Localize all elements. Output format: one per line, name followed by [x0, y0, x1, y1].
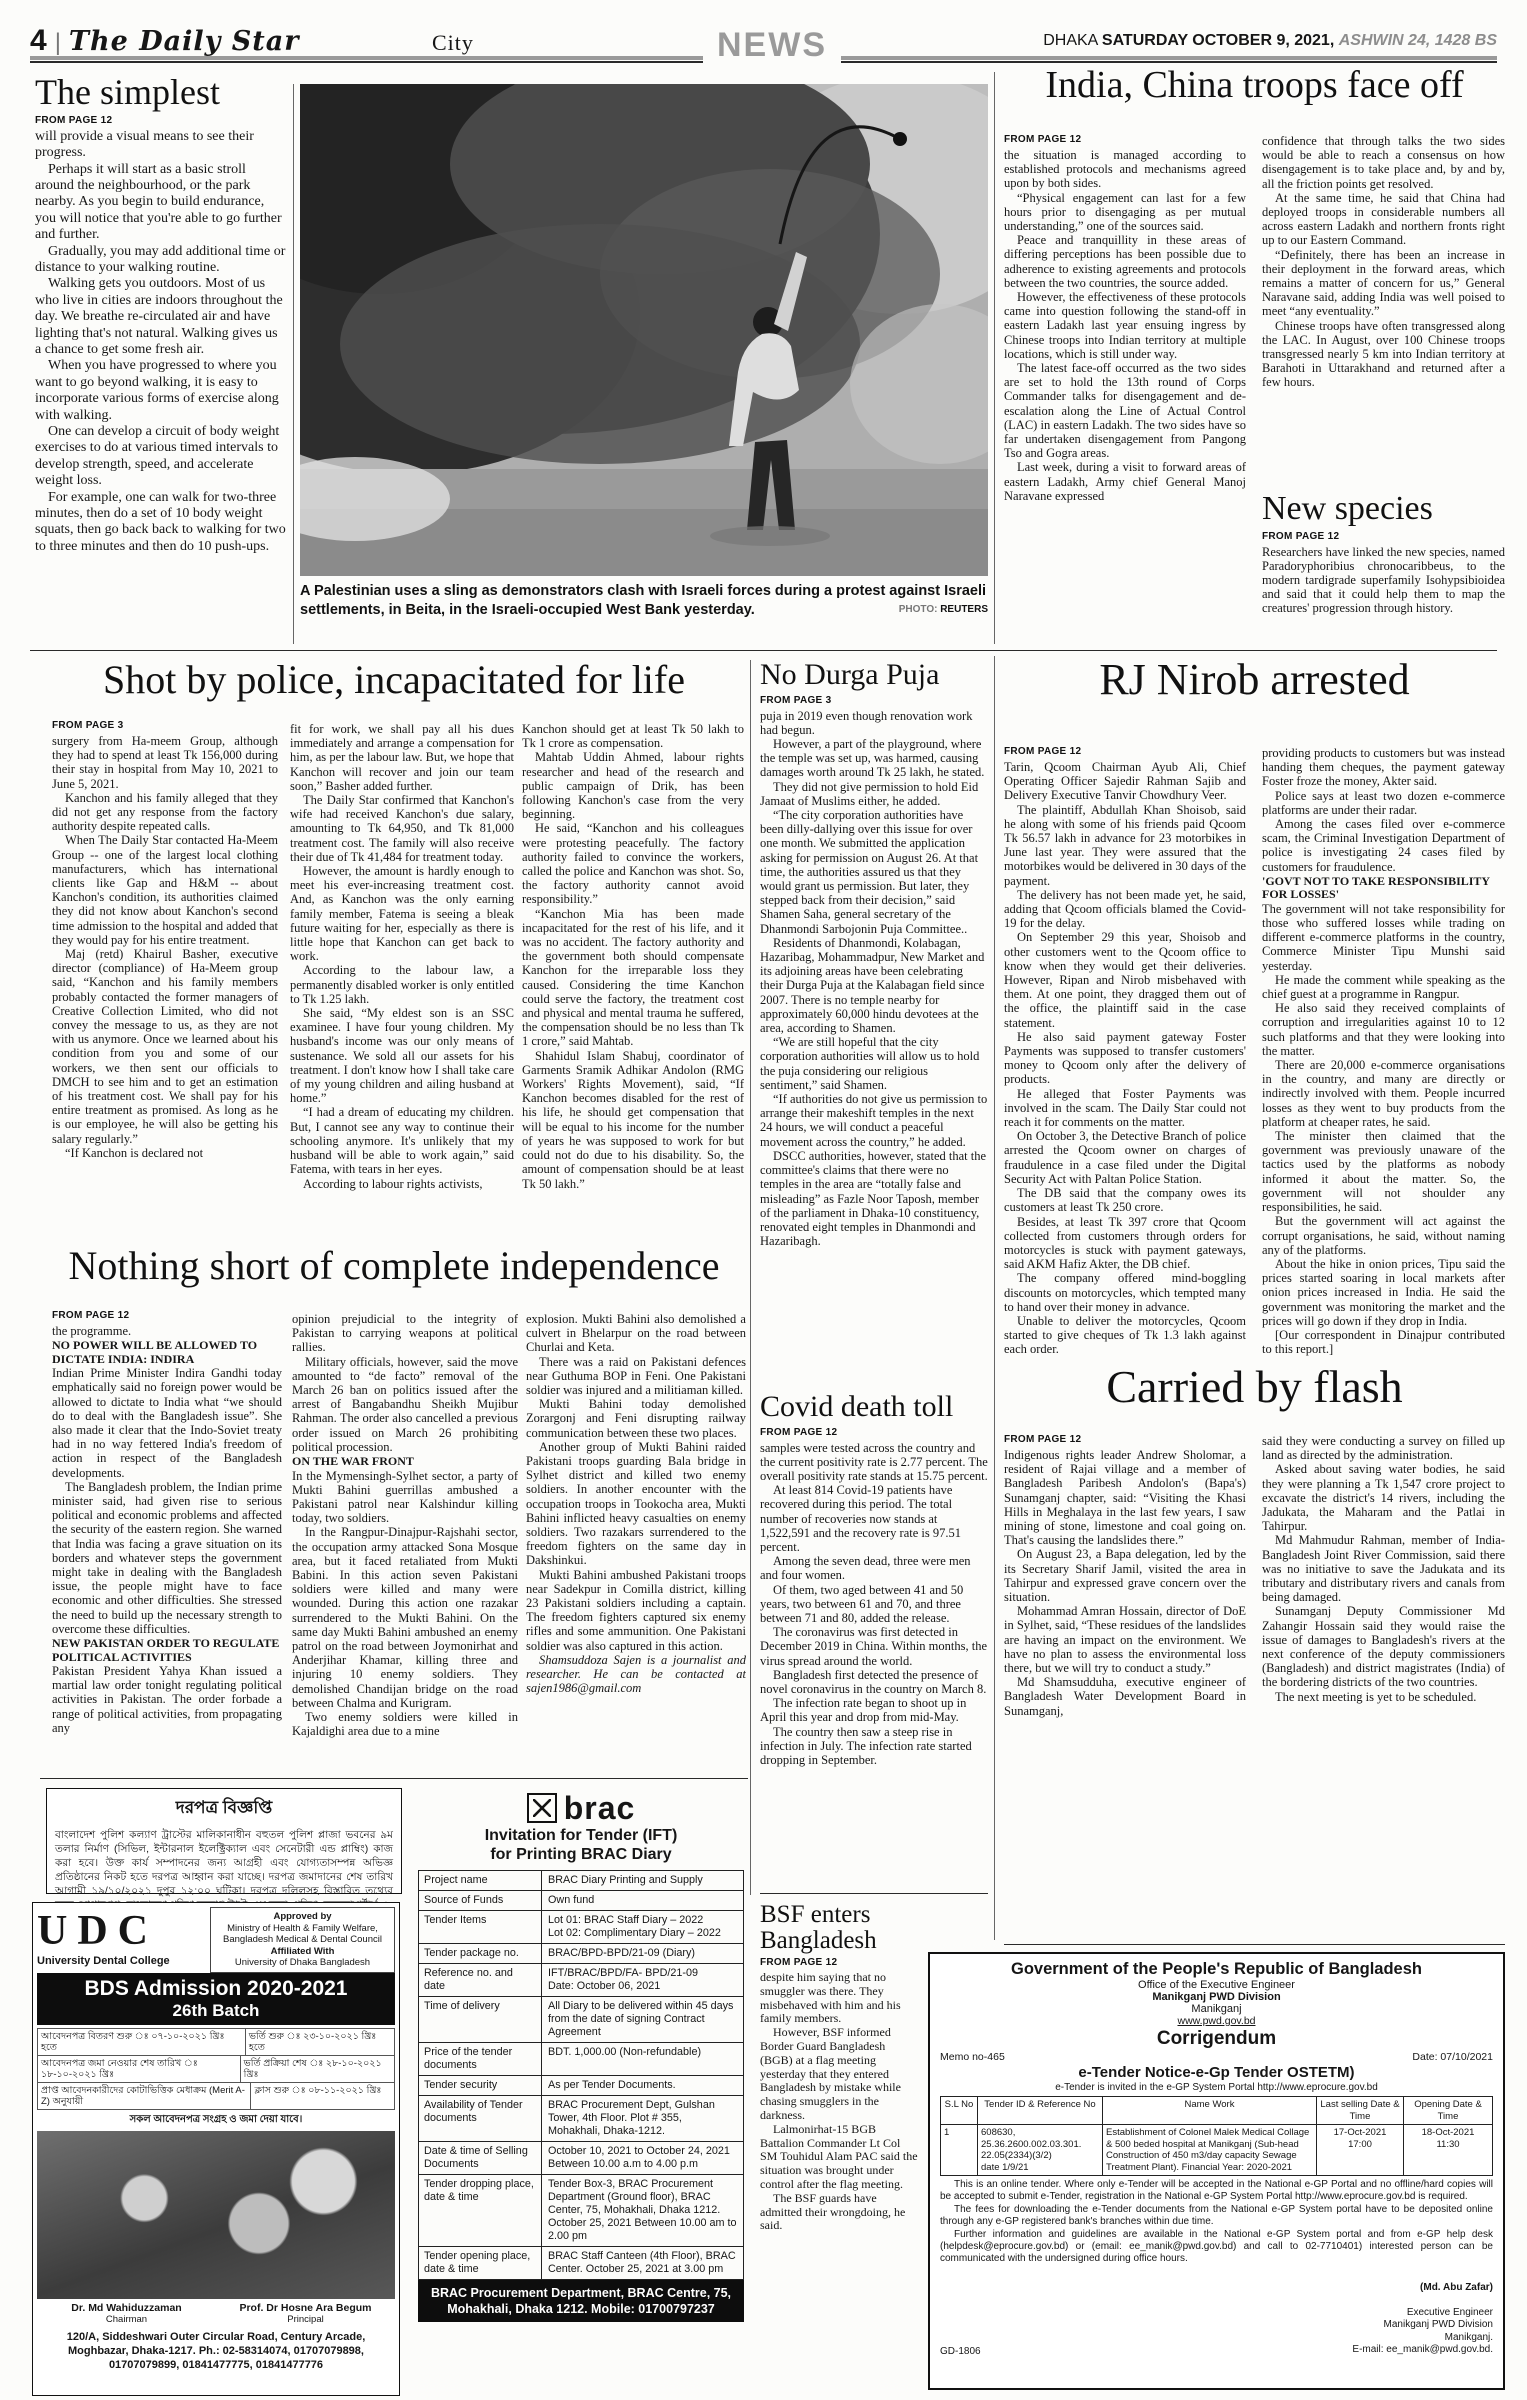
- article-paragraph: In the Mymensingh-Sylhet sector, a party…: [292, 1469, 518, 1526]
- article-body: despite him saying that no smuggler was …: [760, 1971, 918, 2233]
- article-body: surgery from Ha-meem Group, although the…: [52, 734, 278, 1160]
- article-paragraph: On September 29 this year, Shoisob and o…: [1004, 930, 1246, 1029]
- article-paragraph: The company offered mind-boggling discou…: [1004, 1271, 1246, 1314]
- article-independence-col1: FROM PAGE 12 the programme.NO POWER WILL…: [52, 1306, 282, 1768]
- brac-row-label: Tender security: [419, 2076, 542, 2095]
- from-page-tag: FROM PAGE 12: [760, 1957, 918, 1968]
- section-rule: [760, 1893, 988, 1894]
- udc-schedule-row: আবেদনপত্র বিতরণ শুরু ঃ ০৭-১০-২০২১ খ্রিঃ …: [38, 2029, 394, 2056]
- article-rj-nirob-col1: FROM PAGE 12 Tarin, Qcoom Chairman Ayub …: [1004, 742, 1246, 1356]
- article-paragraph: Indigenous rights leader Andrew Sholomar…: [1004, 1448, 1246, 1547]
- news-photo-illustration: [300, 84, 988, 576]
- column-rule: [994, 656, 995, 1940]
- headline-rj-nirob: RJ Nirob arrested: [1004, 658, 1505, 703]
- udc-signatories: Dr. Md Wahiduzzaman Chairman Prof. Dr Ho…: [37, 2299, 395, 2328]
- dateline-bangla-date: ASHWIN 24, 1428 BS: [1339, 32, 1497, 49]
- article-paragraph: Perhaps it will start as a basic stroll …: [35, 162, 287, 244]
- dateline-date: SATURDAY OCTOBER 9, 2021,: [1102, 32, 1339, 49]
- article-body: opinion prejudicial to the integrity of …: [292, 1312, 518, 1738]
- article-paragraph: Kanchon and his family alleged that they…: [52, 791, 278, 834]
- govt-table-header-row: S.L No Tender ID & Reference No Name Wor…: [941, 2097, 1493, 2125]
- article-independence-col3: explosion. Mukti Bahini also demolished …: [526, 1312, 746, 1768]
- udc-schedule-row: আবেদনপত্র জমা নেওয়ার শেষ তারিখ ঃ ১৮-১০-…: [38, 2056, 394, 2083]
- brac-logo-row: brac: [418, 1792, 744, 1824]
- article-paragraph: Indian Prime Minister Indira Gandhi toda…: [52, 1366, 282, 1480]
- brac-table-row: Tender Items Lot 01: BRAC Staff Diary – …: [419, 1911, 743, 1944]
- brac-ift-title: Invitation for Tender (IFT) for Printing…: [418, 1826, 744, 1864]
- from-page-tag: FROM PAGE 12: [52, 1310, 282, 1321]
- govt-td-sl: 1: [941, 2125, 978, 2176]
- article-paragraph: According to labour rights activists,: [290, 1177, 514, 1191]
- udc-principal-title: Principal: [287, 2314, 323, 2325]
- photo-credit-agency: REUTERS: [940, 604, 988, 615]
- brac-title-line2: for Printing BRAC Diary: [490, 1846, 671, 1863]
- article-paragraph: He also said payment gateway Foster Paym…: [1004, 1030, 1246, 1087]
- udc-principal-name: Prof. Dr Hosne Ara Begum: [218, 2302, 393, 2314]
- article-paragraph: The DB said that the company owes its cu…: [1004, 1186, 1246, 1214]
- article-india-china-col2: confidence that through talks the two si…: [1262, 134, 1505, 486]
- article-paragraph: The Bangladesh problem, the Indian prime…: [52, 1480, 282, 1636]
- article-body: providing products to customers but was …: [1262, 746, 1505, 1356]
- article-paragraph: confidence that through talks the two si…: [1262, 134, 1505, 191]
- article-paragraph: Gradually, you may add additional time o…: [35, 244, 287, 277]
- article-paragraph: puja in 2019 even though renovation work…: [760, 709, 988, 737]
- from-page-tag: FROM PAGE 12: [35, 115, 287, 126]
- article-body: samples were tested across the country a…: [760, 1441, 988, 1768]
- brac-footer: BRAC Procurement Department, BRAC Centre…: [418, 2280, 744, 2322]
- article-paragraph: “The city corporation authorities have b…: [760, 808, 988, 936]
- article-paragraph: DSCC authorities, however, stated that t…: [760, 1149, 988, 1248]
- udc-college-name: University Dental College: [37, 1955, 204, 1967]
- govt-td-open: 18-Oct-2021 11:30: [1404, 2125, 1493, 2176]
- article-paragraph: Researchers have linked the new species,…: [1262, 545, 1505, 616]
- govt-td-work: Establishment of Colonel Malek Medical C…: [1103, 2125, 1317, 2176]
- article-paragraph: “If authorities do not give us permissio…: [760, 1092, 988, 1149]
- headline-carried-by-flash: Carried by flash: [1004, 1364, 1505, 1411]
- govt-gd-number: GD-1806: [940, 2346, 981, 2357]
- article-paragraph: In the Rangpur-Dinajpur-Rajshahi sector,…: [292, 1525, 518, 1710]
- article-shot-col1: FROM PAGE 3 surgery from Ha-meem Group, …: [52, 716, 278, 1236]
- article-paragraph: The next meeting is yet to be scheduled.: [1262, 1690, 1505, 1704]
- article-paragraph: But the government will act against the …: [1262, 1214, 1505, 1257]
- dateline-city: DHAKA: [1043, 32, 1102, 49]
- article-paragraph: He also said they received complaints of…: [1262, 1001, 1505, 1058]
- from-page-tag: FROM PAGE 12: [1004, 134, 1246, 145]
- article-flash-col1: FROM PAGE 12 Indigenous rights leader An…: [1004, 1430, 1246, 1936]
- article-paragraph: “Definitely, there has been an increase …: [1262, 248, 1505, 319]
- article-paragraph: According to the labour law, a permanent…: [290, 963, 514, 1006]
- from-page-tag: FROM PAGE 12: [760, 1427, 988, 1438]
- article-paragraph: She said, “My eldest son is an SSC exami…: [290, 1006, 514, 1105]
- article-body: fit for work, we shall pay all his dues …: [290, 722, 514, 1191]
- brac-table-row: Date & time of Selling Documents October…: [419, 2142, 743, 2175]
- govt-website-link: www.pwd.gov.bd: [940, 2015, 1493, 2027]
- article-paragraph: Military officials, however, said the mo…: [292, 1355, 518, 1454]
- article-paragraph: The plaintiff, Abdullah Khan Shoisob, sa…: [1004, 803, 1246, 888]
- brac-row-label: Tender opening place, date & time: [419, 2247, 542, 2279]
- article-no-durga-puja: No Durga Puja FROM PAGE 3 puja in 2019 e…: [760, 660, 988, 1386]
- article-paragraph: Last week, during a visit to forward are…: [1004, 460, 1246, 503]
- govt-header-line4: Manikganj: [940, 2003, 1493, 2015]
- udc-chairman: Dr. Md Wahiduzzaman Chairman: [37, 2299, 216, 2328]
- article-paragraph: About the hike in onion prices, Tipu sai…: [1262, 1257, 1505, 1328]
- dateline: DHAKA SATURDAY OCTOBER 9, 2021, ASHWIN 2…: [1043, 32, 1497, 50]
- article-paragraph: However, the effectiveness of these prot…: [1004, 290, 1246, 361]
- article-paragraph: For example, one can walk for two-three …: [35, 490, 287, 556]
- article-paragraph: providing products to customers but was …: [1262, 746, 1505, 789]
- photo-credit: PHOTO: REUTERS: [899, 604, 988, 615]
- article-paragraph: Another group of Mukti Bahini raided Pak…: [526, 1440, 746, 1568]
- article-body: will provide a visual means to see their…: [35, 129, 287, 556]
- article-body: the programme.NO POWER WILL BE ALLOWED T…: [52, 1324, 282, 1735]
- article-body: confidence that through talks the two si…: [1262, 134, 1505, 390]
- ad-udc-dental-college: UDC University Dental College Approved b…: [32, 1902, 400, 2396]
- article-paragraph: However, a part of the playground, where…: [760, 737, 988, 780]
- from-page-tag: FROM PAGE 12: [1262, 531, 1505, 542]
- article-rj-nirob-col2: providing products to customers but was …: [1262, 746, 1505, 1356]
- article-paragraph: At the same time, he said that China had…: [1262, 191, 1505, 248]
- udc-schedule-right: ভর্তি প্রক্রিয়া শেষ ঃ ২৮-১০-২০২১ খ্রিঃ: [241, 2056, 394, 2082]
- govt-memo-date: Date: 07/10/2021: [1412, 2051, 1493, 2063]
- article-body: puja in 2019 even though renovation work…: [760, 709, 988, 1249]
- ad-bangla-tender-notice: দরপত্র বিজ্ঞপ্তি বাংলাদেশ পুলিশ কল্যাণ ট…: [46, 1788, 402, 1894]
- article-body: Indigenous rights leader Andrew Sholomar…: [1004, 1448, 1246, 1718]
- article-covid-death-toll: Covid death toll FROM PAGE 12 samples we…: [760, 1392, 988, 1884]
- article-paragraph: the programme.: [52, 1324, 282, 1338]
- article-paragraph: 'GOVT NOT TO TAKE RESPONSIBILITY FOR LOS…: [1262, 875, 1505, 902]
- article-paragraph: The government will not take responsibil…: [1262, 902, 1505, 973]
- article-paragraph: Residents of Dhanmondi, Kolabagan, Hazar…: [760, 936, 988, 1035]
- udc-principal: Prof. Dr Hosne Ara Begum Principal: [216, 2299, 395, 2328]
- ad-govt-etender-notice: Government of the People's Republic of B…: [928, 1952, 1505, 2390]
- govt-header-line3: Manikganj PWD Division: [940, 1991, 1493, 2003]
- govt-th-sl: S.L No: [941, 2097, 978, 2125]
- udc-chairman-title: Chairman: [106, 2314, 147, 2325]
- article-paragraph: At least 814 Covid-19 patients have reco…: [760, 1483, 988, 1554]
- article-paragraph: Police says at least two dozen e-commerc…: [1262, 789, 1505, 817]
- udc-affiliated-value: University of Dhaka Bangladesh: [235, 1957, 370, 1968]
- article-paragraph: One can develop a circuit of body weight…: [35, 424, 287, 490]
- column-rule: [750, 660, 751, 1895]
- brac-row-value: BRAC Staff Canteen (4th Floor), BRAC Cen…: [542, 2247, 743, 2279]
- article-paragraph: will provide a visual means to see their…: [35, 129, 287, 162]
- brac-table-row: Tender opening place, date & time BRAC S…: [419, 2247, 743, 2280]
- brac-row-value: BRAC Procurement Dept, Gulshan Tower, 4t…: [542, 2096, 743, 2141]
- article-paragraph: Md Mahmudur Rahman, member of India-Bang…: [1262, 1533, 1505, 1604]
- article-paragraph: Maj (retd) Khairul Basher, executive dir…: [52, 947, 278, 1146]
- article-paragraph: NEW PAKISTAN ORDER TO REGULATE POLITICAL…: [52, 1637, 282, 1664]
- headline-india-china: India, China troops face off: [1004, 66, 1505, 105]
- govt-etender-title: e-Tender Notice-e-Gp Tender OSTETM): [940, 2064, 1493, 2081]
- udc-approved-label: Approved by: [215, 1911, 390, 1923]
- govt-notice-paragraphs: This is an online tender. Where only e-T…: [940, 2179, 1493, 2265]
- brac-row-label: Project name: [419, 1871, 542, 1890]
- article-paragraph: The infection rate began to shoot up in …: [760, 1696, 988, 1724]
- masthead-title: The Daily Star: [69, 26, 300, 57]
- brac-table-row: Tender package no. BRAC/BPD-BPD/21-09 (D…: [419, 1944, 743, 1964]
- article-body: the situation is managed according to es…: [1004, 148, 1246, 503]
- headline-bsf-enters: BSF enters Bangladesh: [760, 1902, 918, 1953]
- masthead-separator: |: [47, 29, 69, 57]
- bangla-tender-title: দরপত্র বিজ্ঞপ্তি: [55, 1795, 393, 1823]
- article-paragraph: Among the cases filed over e-commerce sc…: [1262, 817, 1505, 874]
- article-flash-col2: said they were conducting a survey on fi…: [1262, 1434, 1505, 1936]
- article-paragraph: Peace and tranquillity in these areas of…: [1004, 233, 1246, 290]
- brac-table-row: Source of Funds Own fund: [419, 1891, 743, 1911]
- govt-table-data-row: 1 608630, 25.36.2600.002.03.301. 22.05(2…: [941, 2125, 1493, 2176]
- govt-signatory-name: (Md. Abu Zafar): [1420, 2282, 1493, 2293]
- brac-row-label: Time of delivery: [419, 1997, 542, 2042]
- brac-row-label: Tender package no.: [419, 1944, 542, 1963]
- headline-independence: Nothing short of complete independence: [40, 1246, 748, 1287]
- brac-row-label: Availability of Tender documents: [419, 2096, 542, 2141]
- article-paragraph: NO POWER WILL BE ALLOWED TO DICTATE INDI…: [52, 1339, 282, 1366]
- udc-schedule-table: আবেদনপত্র বিতরণ শুরু ঃ ০৭-১০-২০২১ খ্রিঃ …: [37, 2028, 395, 2110]
- article-paragraph: The minister then claimed that the gover…: [1262, 1129, 1505, 1214]
- brac-row-value: Lot 01: BRAC Staff Diary – 2022 Lot 02: …: [542, 1911, 743, 1943]
- column-rule: [293, 84, 294, 644]
- article-body: said they were conducting a survey on fi…: [1262, 1434, 1505, 1704]
- govt-td-ref: 608630, 25.36.2600.002.03.301. 22.05(233…: [978, 2125, 1103, 2176]
- brac-row-value: Own fund: [542, 1891, 743, 1910]
- article-paragraph: Two enemy soldiers were killed in Kajald…: [292, 1710, 518, 1738]
- udc-schedule-right: ক্লাস শুরু ঃ ০৮-১১-২০২১ খ্রিঃ: [251, 2083, 384, 2109]
- brac-table-row: Project name BRAC Diary Printing and Sup…: [419, 1871, 743, 1891]
- brac-row-value: As per Tender Documents.: [542, 2076, 743, 2095]
- govt-th-last: Last selling Date & Time: [1317, 2097, 1404, 2125]
- article-paragraph: This is an online tender. Where only e-T…: [940, 2179, 1493, 2203]
- article-paragraph: “We are still hopeful that the city corp…: [760, 1035, 988, 1092]
- article-paragraph: He said, “Kanchon and his colleagues wer…: [522, 821, 744, 906]
- photo-credit-label: PHOTO:: [899, 604, 940, 615]
- headline-new-species: New species: [1262, 492, 1505, 527]
- article-paragraph: Mukti Bahini today demolished Zorargonj …: [526, 1397, 746, 1440]
- section-rule: [30, 650, 1497, 651]
- udc-admission-banner: BDS Admission 2020-2021 26th Batch: [37, 1973, 395, 2025]
- brac-row-value: IFT/BRAC/BPD/FA- BPD/21-09 Date: October…: [542, 1964, 743, 1996]
- article-paragraph: The delivery has not been made yet, he s…: [1004, 888, 1246, 931]
- article-paragraph: Kanchon should get at least Tk 50 lakh t…: [522, 722, 744, 750]
- article-body: explosion. Mukti Bahini also demolished …: [526, 1312, 746, 1695]
- article-shot-col3: Kanchon should get at least Tk 50 lakh t…: [522, 722, 744, 1236]
- section-label: City: [432, 30, 474, 56]
- brac-row-value: October 10, 2021 to October 24, 2021 Bet…: [542, 2142, 743, 2174]
- brac-logo-text: brac: [564, 1792, 636, 1824]
- article-paragraph: There are 20,000 e-commerce organisation…: [1262, 1058, 1505, 1129]
- brac-title-line1: Invitation for Tender (IFT): [485, 1827, 678, 1844]
- govt-memo-row: Memo no-465 Date: 07/10/2021: [940, 2051, 1493, 2063]
- article-paragraph: [Our correspondent in Dinajpur contribut…: [1262, 1328, 1505, 1356]
- article-paragraph: Chinese troops have often transgressed a…: [1262, 319, 1505, 390]
- govt-etender-intro: e-Tender is invited in the e-GP System P…: [940, 2082, 1493, 2093]
- article-paragraph: Bangladesh first detected the presence o…: [760, 1668, 988, 1696]
- article-paragraph: Of them, two aged between 41 and 50 year…: [760, 1583, 988, 1626]
- article-paragraph: “If Kanchon is declared not: [52, 1146, 278, 1160]
- brac-logo-icon: [527, 1793, 557, 1823]
- article-paragraph: Mohammad Amran Hossain, director of DoE …: [1004, 1604, 1246, 1675]
- article-paragraph: Mukti Bahini ambushed Pakistani troops n…: [526, 1568, 746, 1653]
- brac-row-label: Tender dropping place, date & time: [419, 2175, 542, 2246]
- udc-clinic-photo: [37, 2131, 395, 2299]
- article-paragraph: Among the seven dead, three were men and…: [760, 1554, 988, 1582]
- article-paragraph: “Physical engagement can last for a few …: [1004, 191, 1246, 234]
- photo-caption: A Palestinian uses a sling as demonstrat…: [300, 583, 986, 618]
- udc-approved-value: Ministry of Health & Family Welfare, Ban…: [223, 1923, 382, 1946]
- article-paragraph: Tarin, Qcoom Chairman Ayub Ali, Chief Op…: [1004, 760, 1246, 803]
- udc-schedule-row: প্রাপ্ত আবেদনকারীদের কোটাভিত্তিক মেধাক্র…: [38, 2083, 394, 2110]
- article-paragraph: He made the comment while speaking as th…: [1262, 973, 1505, 1001]
- article-the-simplest: The simplest FROM PAGE 12 will provide a…: [35, 74, 287, 646]
- article-paragraph: When The Daily Star contacted Ha-Meem Gr…: [52, 833, 278, 947]
- article-paragraph: The latest face-off occurred as the two …: [1004, 361, 1246, 460]
- govt-header-line2: Office of the Executive Engineer: [940, 1979, 1493, 1991]
- from-page-tag: FROM PAGE 3: [52, 720, 278, 731]
- govt-th-ref: Tender ID & Reference No: [978, 2097, 1103, 2125]
- govt-signatory-details: Executive Engineer Manikganj PWD Divisio…: [1352, 2307, 1493, 2356]
- article-paragraph: Walking gets you outdoors. Most of us wh…: [35, 276, 287, 358]
- article-paragraph: He alleged that Foster Payments was invo…: [1004, 1087, 1246, 1130]
- news-photo: [300, 84, 988, 576]
- udc-banner-line2: 26th Batch: [39, 2001, 393, 2021]
- brac-table-row: Tender dropping place, date & time Tende…: [419, 2175, 743, 2247]
- udc-banner-line1: BDS Admission 2020-2021: [39, 1977, 393, 2001]
- masthead: 4 | The Daily Star: [30, 24, 299, 58]
- govt-signature-block: (Md. Abu Zafar) Executive Engineer Manik…: [1352, 2269, 1493, 2357]
- article-paragraph: “Kanchon Mia has been made incapacitated…: [522, 907, 744, 1049]
- article-body: Researchers have linked the new species,…: [1262, 545, 1505, 616]
- brac-table-row: Tender security As per Tender Documents.: [419, 2076, 743, 2096]
- news-banner: NEWS: [703, 26, 841, 65]
- headline-covid-death-toll: Covid death toll: [760, 1392, 988, 1423]
- headline-no-durga-puja: No Durga Puja: [760, 660, 988, 691]
- newspaper-page: 4 | The Daily Star City NEWS DHAKA SATUR…: [0, 0, 1527, 2400]
- article-body: Tarin, Qcoom Chairman Ayub Ali, Chief Op…: [1004, 760, 1246, 1356]
- article-paragraph: ON THE WAR FRONT: [292, 1455, 518, 1469]
- from-page-tag: FROM PAGE 12: [1004, 746, 1246, 757]
- brac-row-value: BRAC Diary Printing and Supply: [542, 1871, 743, 1890]
- column-rule: [994, 72, 995, 644]
- article-paragraph: There was a raid on Pakistani defences n…: [526, 1355, 746, 1398]
- article-paragraph: Shahidul Islam Shabuj, coordinator of Ga…: [522, 1049, 744, 1191]
- article-paragraph: Mahtab Uddin Ahmed, labour rights resear…: [522, 750, 744, 821]
- article-paragraph: surgery from Ha-meem Group, although the…: [52, 734, 278, 791]
- ad-brac-tender: brac Invitation for Tender (IFT) for Pri…: [418, 1788, 744, 2396]
- article-paragraph: The coronavirus was first detected in De…: [760, 1625, 988, 1668]
- brac-table-row: Availability of Tender documents BRAC Pr…: [419, 2096, 743, 2142]
- article-paragraph: Further information and guidelines are a…: [940, 2229, 1493, 2265]
- article-bsf-enters: BSF enters Bangladesh FROM PAGE 12 despi…: [760, 1902, 918, 2396]
- from-page-tag: FROM PAGE 12: [1004, 1434, 1246, 1445]
- section-rule: [1004, 1944, 1505, 1945]
- article-paragraph: Sunamganj Deputy Commissioner Md Zahangi…: [1262, 1604, 1505, 1689]
- udc-schedule-left: আবেদনপত্র জমা নেওয়ার শেষ তারিখ ঃ ১৮-১০-…: [38, 2056, 241, 2082]
- article-paragraph: The BSF guards have admitted their wrong…: [760, 2192, 918, 2233]
- article-new-species: New species FROM PAGE 12 Researchers hav…: [1262, 492, 1505, 644]
- govt-corrigendum-title: Corrigendum: [940, 2028, 1493, 2050]
- govt-memo-no: Memo no-465: [940, 2051, 1005, 2063]
- article-paragraph: The country then saw a steep rise in inf…: [760, 1725, 988, 1768]
- article-paragraph: Md Shamsudduha, executive engineer of Ba…: [1004, 1675, 1246, 1718]
- brac-tender-table: Project name BRAC Diary Printing and Sup…: [418, 1870, 744, 2280]
- brac-table-row: Price of the tender documents BDT. 1,000…: [419, 2043, 743, 2076]
- article-paragraph: Lalmonirhat-15 BGB Battalion Commander L…: [760, 2123, 918, 2192]
- udc-schedule-right: ভর্তি শুরু ঃ ২৩-১০-২০২১ খ্রিঃ হতে: [246, 2029, 394, 2055]
- article-paragraph: opinion prejudicial to the integrity of …: [292, 1312, 518, 1355]
- brac-row-label: Reference no. and date: [419, 1964, 542, 1996]
- article-shot-col2: fit for work, we shall pay all his dues …: [290, 722, 514, 1236]
- brac-row-value: All Diary to be delivered within 45 days…: [542, 1997, 743, 2042]
- govt-th-open: Opening Date & Time: [1404, 2097, 1493, 2125]
- govt-tender-table: S.L No Tender ID & Reference No Name Wor…: [940, 2096, 1493, 2176]
- article-paragraph: Pakistan President Yahya Khan issued a m…: [52, 1664, 282, 1735]
- article-independence-col2: opinion prejudicial to the integrity of …: [292, 1312, 518, 1768]
- article-paragraph: On October 3, the Detective Branch of po…: [1004, 1129, 1246, 1186]
- brac-row-value: BRAC/BPD-BPD/21-09 (Diary): [542, 1944, 743, 1963]
- udc-logo: UDC: [37, 1907, 204, 1955]
- page-number: 4: [30, 24, 47, 58]
- govt-header-line1: Government of the People's Republic of B…: [940, 1960, 1493, 1979]
- article-paragraph: explosion. Mukti Bahini also demolished …: [526, 1312, 746, 1355]
- headline-shot-by-police: Shot by police, incapacitated for life: [40, 660, 748, 701]
- brac-row-label: Tender Items: [419, 1911, 542, 1943]
- article-paragraph: Asked about saving water bodies, he said…: [1262, 1462, 1505, 1533]
- photo-caption-block: A Palestinian uses a sling as demonstrat…: [300, 582, 988, 642]
- udc-note: সকল আবেদনপত্র সংগ্রহ ও জমা দেয়া যাবে।: [37, 2110, 395, 2131]
- article-paragraph: On August 23, a Bapa delegation, led by …: [1004, 1547, 1246, 1604]
- article-paragraph: The fees for downloading the e-Tender do…: [940, 2204, 1493, 2228]
- udc-schedule-left: আবেদনপত্র বিতরণ শুরু ঃ ০৭-১০-২০২১ খ্রিঃ …: [38, 2029, 246, 2055]
- article-body: Kanchon should get at least Tk 50 lakh t…: [522, 722, 744, 1191]
- article-paragraph: despite him saying that no smuggler was …: [760, 1971, 918, 2026]
- article-paragraph: They did not give permission to hold Eid…: [760, 780, 988, 808]
- govt-td-last: 17-Oct-2021 17:00: [1317, 2125, 1404, 2176]
- brac-row-value: BDT. 1,000.00 (Non-refundable): [542, 2043, 743, 2075]
- article-paragraph: “I had a dream of educating my children.…: [290, 1105, 514, 1176]
- headline-the-simplest: The simplest: [35, 74, 287, 111]
- article-paragraph: the situation is managed according to es…: [1004, 148, 1246, 191]
- govt-th-work: Name Work: [1103, 2097, 1317, 2125]
- brac-row-label: Source of Funds: [419, 1891, 542, 1910]
- brac-table-row: Reference no. and date IFT/BRAC/BPD/FA- …: [419, 1964, 743, 1997]
- article-paragraph: When you have progressed to where you wa…: [35, 358, 287, 424]
- udc-approval-box: Approved by Ministry of Health & Family …: [210, 1907, 395, 1973]
- article-paragraph: However, BSF informed Border Guard Bangl…: [760, 2026, 918, 2123]
- article-paragraph: Besides, at least Tk 397 crore that Qcoo…: [1004, 1215, 1246, 1272]
- article-paragraph: The Daily Star confirmed that Kanchon's …: [290, 793, 514, 864]
- brac-row-label: Price of the tender documents: [419, 2043, 542, 2075]
- udc-address: 120/A, Siddeshwari Outer Circular Road, …: [37, 2328, 395, 2374]
- brac-row-label: Date & time of Selling Documents: [419, 2142, 542, 2174]
- udc-schedule-left: প্রাপ্ত আবেদনকারীদের কোটাভিত্তিক মেধাক্র…: [38, 2083, 251, 2109]
- article-paragraph: Unable to deliver the motorcycles, Qcoom…: [1004, 1314, 1246, 1356]
- brac-table-row: Time of delivery All Diary to be deliver…: [419, 1997, 743, 2043]
- article-paragraph: fit for work, we shall pay all his dues …: [290, 722, 514, 793]
- article-paragraph: samples were tested across the country a…: [760, 1441, 988, 1484]
- article-paragraph: Shamsuddoza Sajen is a journalist and re…: [526, 1653, 746, 1696]
- section-rule: [40, 1778, 748, 1779]
- article-india-china-col1: FROM PAGE 12 the situation is managed ac…: [1004, 130, 1246, 644]
- article-paragraph: said they were conducting a survey on fi…: [1262, 1434, 1505, 1462]
- article-paragraph: However, the amount is hardly enough to …: [290, 864, 514, 963]
- brac-row-value: Tender Box-3, BRAC Procurement Departmen…: [542, 2175, 743, 2246]
- udc-affiliated-label: Affiliated With: [215, 1946, 390, 1958]
- udc-chairman-name: Dr. Md Wahiduzzaman: [39, 2302, 214, 2314]
- from-page-tag: FROM PAGE 3: [760, 695, 988, 706]
